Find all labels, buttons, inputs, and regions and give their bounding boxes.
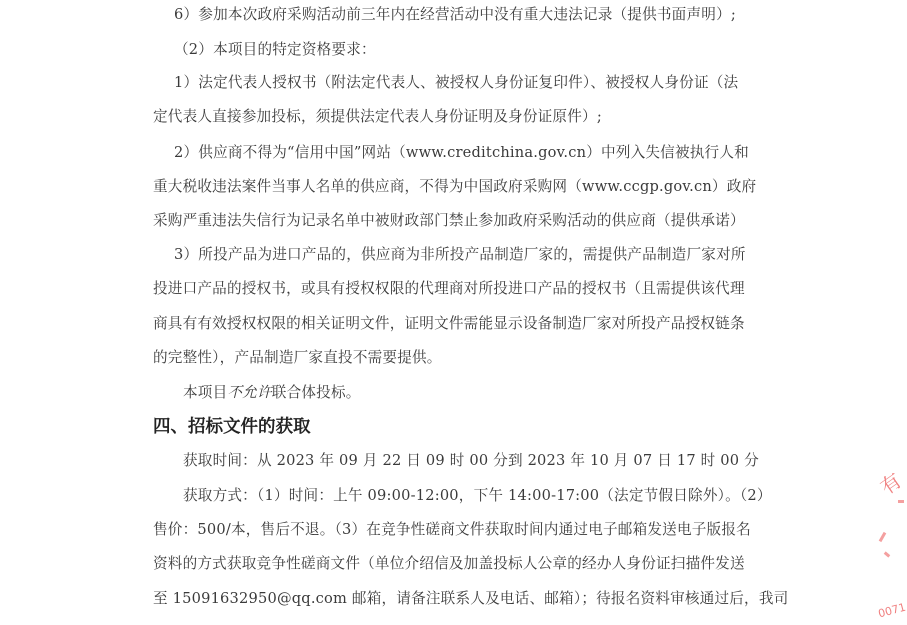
consortium-prefix: 本项目 [183,384,227,401]
paragraph-line: 商具有有效授权权限的相关证明文件，证明文件需能显示设备制造厂家对所投产品授权链条 [153,314,745,334]
paragraph-line: 重大税收违法案件当事人名单的供应商，不得为中国政府采购网（www.ccgp.go… [153,177,756,197]
acquisition-method-line: 至 15091632950@qq.com 邮箱，请备注联系人及电话、邮箱）；待报… [153,589,788,609]
stamp-digits: 0071 [877,601,907,621]
acquisition-method-line: 资料的方式获取竞争性磋商文件（单位介绍信及加盖投标人公章的经办人身份证扫描件发送 [153,554,745,574]
paragraph-line: （2）本项目的特定资格要求： [174,40,376,60]
paragraph-line: 1）法定代表人授权书（附法定代表人、被授权人身份证复印件）、被授权人身份证（法 [174,73,738,93]
paragraph-line: 3）所投产品为进口产品的，供应商为非所投产品制造厂家的，需提供产品制造厂家对所 [174,245,746,265]
stamp-mark [884,551,891,557]
paragraph-line: 采购严重违法失信行为记录名单中被财政部门禁止参加政府采购活动的供应商（提供承诺） [153,211,745,231]
consortium-emphasis: 不允许 [227,384,271,401]
acquisition-method-line: 获取方式：（1）时间：上午 09:00-12:00，下午 14:00-17:00… [183,486,772,506]
paragraph-line: 6）参加本次政府采购活动前三年内在经营活动中没有重大违法记录（提供书面声明）; [174,5,736,25]
paragraph-line: 2）供应商不得为“信用中国”网站（www.creditchina.gov.cn）… [174,143,749,163]
paragraph-line: 投进口产品的授权书，或具有授权权限的代理商对所投进口产品的授权书（且需提供该代理 [153,279,745,299]
acquisition-method-line: 售价：500/本，售后不退。（3）在竞争性磋商文件获取时间内通过电子邮箱发送电子… [153,520,751,540]
consortium-suffix: 联合体投标。 [272,384,361,401]
consortium-statement: 本项目不允许联合体投标。 [183,383,361,403]
stamp-mark [898,500,904,503]
acquisition-time: 获取时间：从 2023 年 09 月 22 日 09 时 00 分到 2023 … [183,451,759,471]
paragraph-line: 定代表人直接参加投标，须提供法定代表人身份证明及身份证原件）; [153,107,602,127]
paragraph-line: 的完整性），产品制造厂家直投不需要提供。 [153,348,442,368]
section-heading: 四、招标文件的获取 [153,416,311,438]
stamp-char: 有 [873,465,906,500]
stamp-mark [879,532,887,542]
